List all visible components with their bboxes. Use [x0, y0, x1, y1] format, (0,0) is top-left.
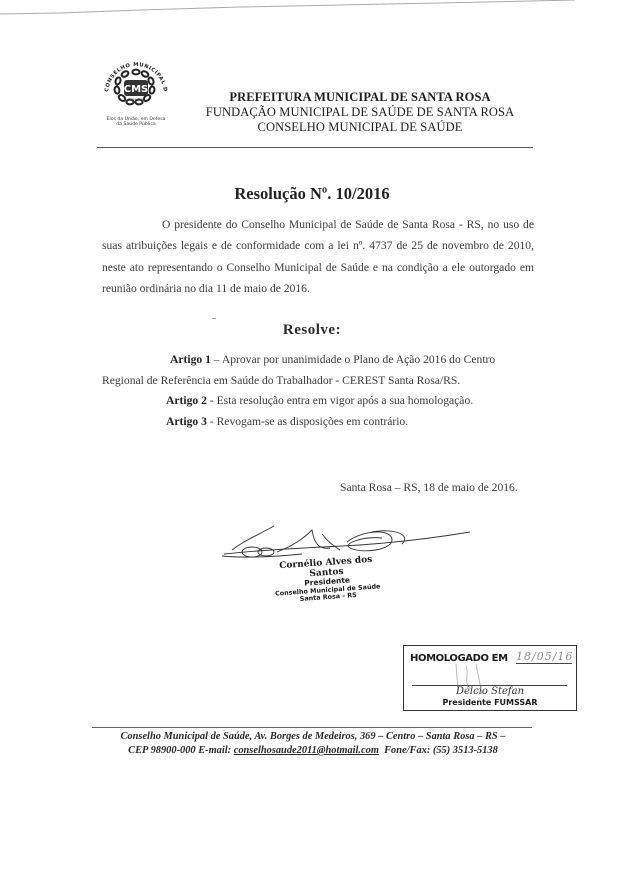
article-3-label: Artigo 3: [166, 415, 207, 428]
footer-phone: Fone/Fax: (55) 3513-5138: [384, 745, 498, 756]
preamble-text: O presidente do Conselho Municipal de Sa…: [102, 218, 534, 295]
homologation-name: Délcio Stefan: [404, 686, 576, 697]
document-title: Resolução Nº. 10/2016: [0, 184, 624, 204]
article-1-text: Aprovar por unanimidade o Plano de Ação …: [102, 353, 495, 387]
footer-cep: CEP 98900-000 E-mail:: [128, 745, 234, 756]
header-line-2: FUNDAÇÃO MUNICIPAL DE SAÚDE DE SANTA ROS…: [190, 105, 530, 120]
place-date: Santa Rosa – RS, 18 de maio de 2016.: [340, 481, 518, 494]
header-divider: [97, 147, 533, 148]
article-3-text: Revogam-se as disposições em contrário.: [217, 415, 409, 428]
scan-edge-artifact: [0, 0, 624, 20]
header-line-1: PREFEITURA MUNICIPAL DE SANTA ROSA: [190, 90, 530, 105]
footer-line-1: Conselho Municipal de Saúde, Av. Borges …: [88, 730, 538, 744]
article-2-separator: -: [207, 394, 217, 407]
footer-divider: [92, 727, 532, 728]
article-2: Artigo 2 - Esta resolução entra em vigor…: [102, 391, 534, 412]
homologation-stamp: HOMOLOGADO EM 18/05/16 Délcio Stefan Pre…: [403, 645, 577, 711]
resolve-heading: Resolve:: [0, 322, 624, 339]
logo-cms-text: CMS: [124, 84, 149, 95]
preamble-paragraph: O presidente do Conselho Municipal de Sa…: [102, 214, 534, 299]
footer-line-2: CEP 98900-000 E-mail: conselhosaude2011@…: [88, 744, 538, 758]
article-3-separator: -: [207, 415, 217, 428]
homologation-role: Presidente FUMSSAR: [404, 698, 576, 707]
footer-address: Conselho Municipal de Saúde, Av. Borges …: [88, 730, 538, 758]
article-2-text: Esta resolução entra em vigor após a sua…: [217, 394, 474, 407]
article-1: Artigo 1 – Aprovar por unanimidade o Pla…: [102, 350, 534, 391]
scan-speck: [212, 318, 216, 319]
letterhead: PREFEITURA MUNICIPAL DE SANTA ROSA FUNDA…: [190, 90, 530, 135]
logo-caption-line2: da Saúde Pública: [84, 122, 188, 127]
cms-logo: CONSELHO MUNICIPAL DE SAÚDE CMS Santa Ro…: [84, 54, 188, 138]
homologation-date: 18/05/16: [516, 650, 572, 664]
logo-caption: Elos da União, em Defesa da Saúde Públic…: [84, 117, 188, 128]
logo-sub-text: Santa Rosa: [128, 97, 144, 101]
footer-email-link[interactable]: conselhosaude2011@hotmail.com: [234, 745, 379, 756]
article-1-separator: –: [211, 353, 222, 366]
article-3: Artigo 3 - Revogam-se as disposições em …: [102, 412, 534, 433]
signatory-stamp: Cornélio Alves dos Santos Presidente Con…: [261, 554, 394, 606]
article-2-label: Artigo 2: [166, 394, 207, 407]
header-line-3: CONSELHO MUNICIPAL DE SAÚDE: [190, 120, 530, 135]
chain-emblem-icon: CONSELHO MUNICIPAL DE SAÚDE CMS Santa Ro…: [100, 54, 172, 116]
article-1-label: Artigo 1: [170, 353, 211, 366]
articles-list: Artigo 1 – Aprovar por unanimidade o Pla…: [102, 350, 534, 432]
